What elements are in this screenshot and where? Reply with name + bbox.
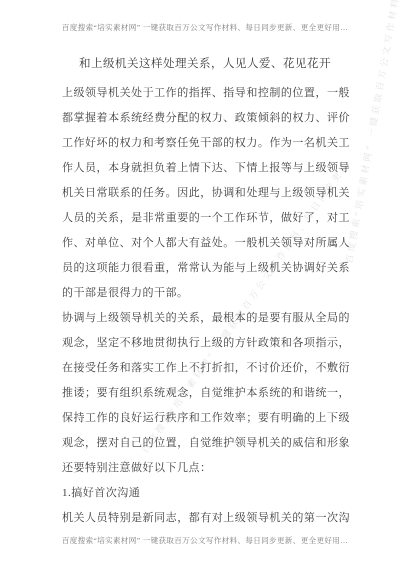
document-page: 百度搜索“培实素材网” 一键获取百万公文写作材料、每日同步更新 百度搜索“培实素… bbox=[0, 0, 410, 580]
text-line: 推诿；要有组织系统观念，自觉维护本系统的和谐统一， bbox=[62, 381, 350, 406]
header-promo-text: 百度搜索“培实素材网” 一键获取百万公文写作材料、每日同步更新、更全更好用… bbox=[0, 22, 410, 33]
text-line: 作人员，本身就担负着上情下达、下情上报等与上级领导 bbox=[62, 156, 350, 181]
paragraph: 上级领导机关处于工作的指挥、指导和控制的位置，一般都掌握着本系统经费分配的权力、… bbox=[62, 81, 350, 306]
text-line: 机关人员特别是新同志，都有对上级领导机关的第一次沟 bbox=[62, 506, 350, 531]
text-line: 协调与上级领导机关的关系，最根本的是要有服从全局的 bbox=[62, 306, 350, 331]
text-line: 人员的关系，是非常重要的一个工作环节，做好了，对工 bbox=[62, 206, 350, 231]
watermark: 百度搜索“培实素材网” 一键获取百万公文写作材料、每日同步更新 bbox=[342, 0, 410, 264]
text-line: 在接受任务和落实工作上不打折扣，不讨价还价，不敷衍 bbox=[62, 356, 350, 381]
text-line: 机关日常联系的任务。因此，协调和处理与上级领导机关 bbox=[62, 181, 350, 206]
paragraph: 协调与上级领导机关的关系，最根本的是要有服从全局的观念，坚定不移地贯彻执行上级的… bbox=[62, 306, 350, 481]
text-line: 上级领导机关处于工作的指挥、指导和控制的位置，一般 bbox=[62, 81, 350, 106]
section-heading: 1.搞好首次沟通 bbox=[62, 481, 350, 506]
text-line: 员的这项能力很看重，常常认为能与上级机关协调好关系 bbox=[62, 256, 350, 281]
document-title: 和上级机关这样处理关系，人见人爱、花见花开 bbox=[0, 55, 410, 71]
text-line: 作、对单位、对个人都大有益处。一般机关领导对所属人 bbox=[62, 231, 350, 256]
text-line: 的干部是很得力的干部。 bbox=[62, 281, 350, 306]
text-line: 还要特别注意做好以下几点： bbox=[62, 456, 350, 481]
text-line: 观念，坚定不移地贯彻执行上级的方针政策和各项指示， bbox=[62, 331, 350, 356]
text-line: 观念，摆对自己的位置，自觉维护领导机关的威信和形象 bbox=[62, 431, 350, 456]
text-line: 工作好坏的权力和考察任免干部的权力。作为一名机关工 bbox=[62, 131, 350, 156]
paragraph: 机关人员特别是新同志，都有对上级领导机关的第一次沟 bbox=[62, 506, 350, 531]
text-line: 都掌握着本系统经费分配的权力、政策倾斜的权力、评价 bbox=[62, 106, 350, 131]
footer-promo-text: 百度搜索“培实素材网” 一键获取百万公文写作材料、每日同步更新、更全更好用… bbox=[0, 535, 410, 546]
document-body: 上级领导机关处于工作的指挥、指导和控制的位置，一般都掌握着本系统经费分配的权力、… bbox=[62, 81, 350, 531]
text-line: 保持工作的良好运行秩序和工作效率；要有明确的上下级 bbox=[62, 406, 350, 431]
